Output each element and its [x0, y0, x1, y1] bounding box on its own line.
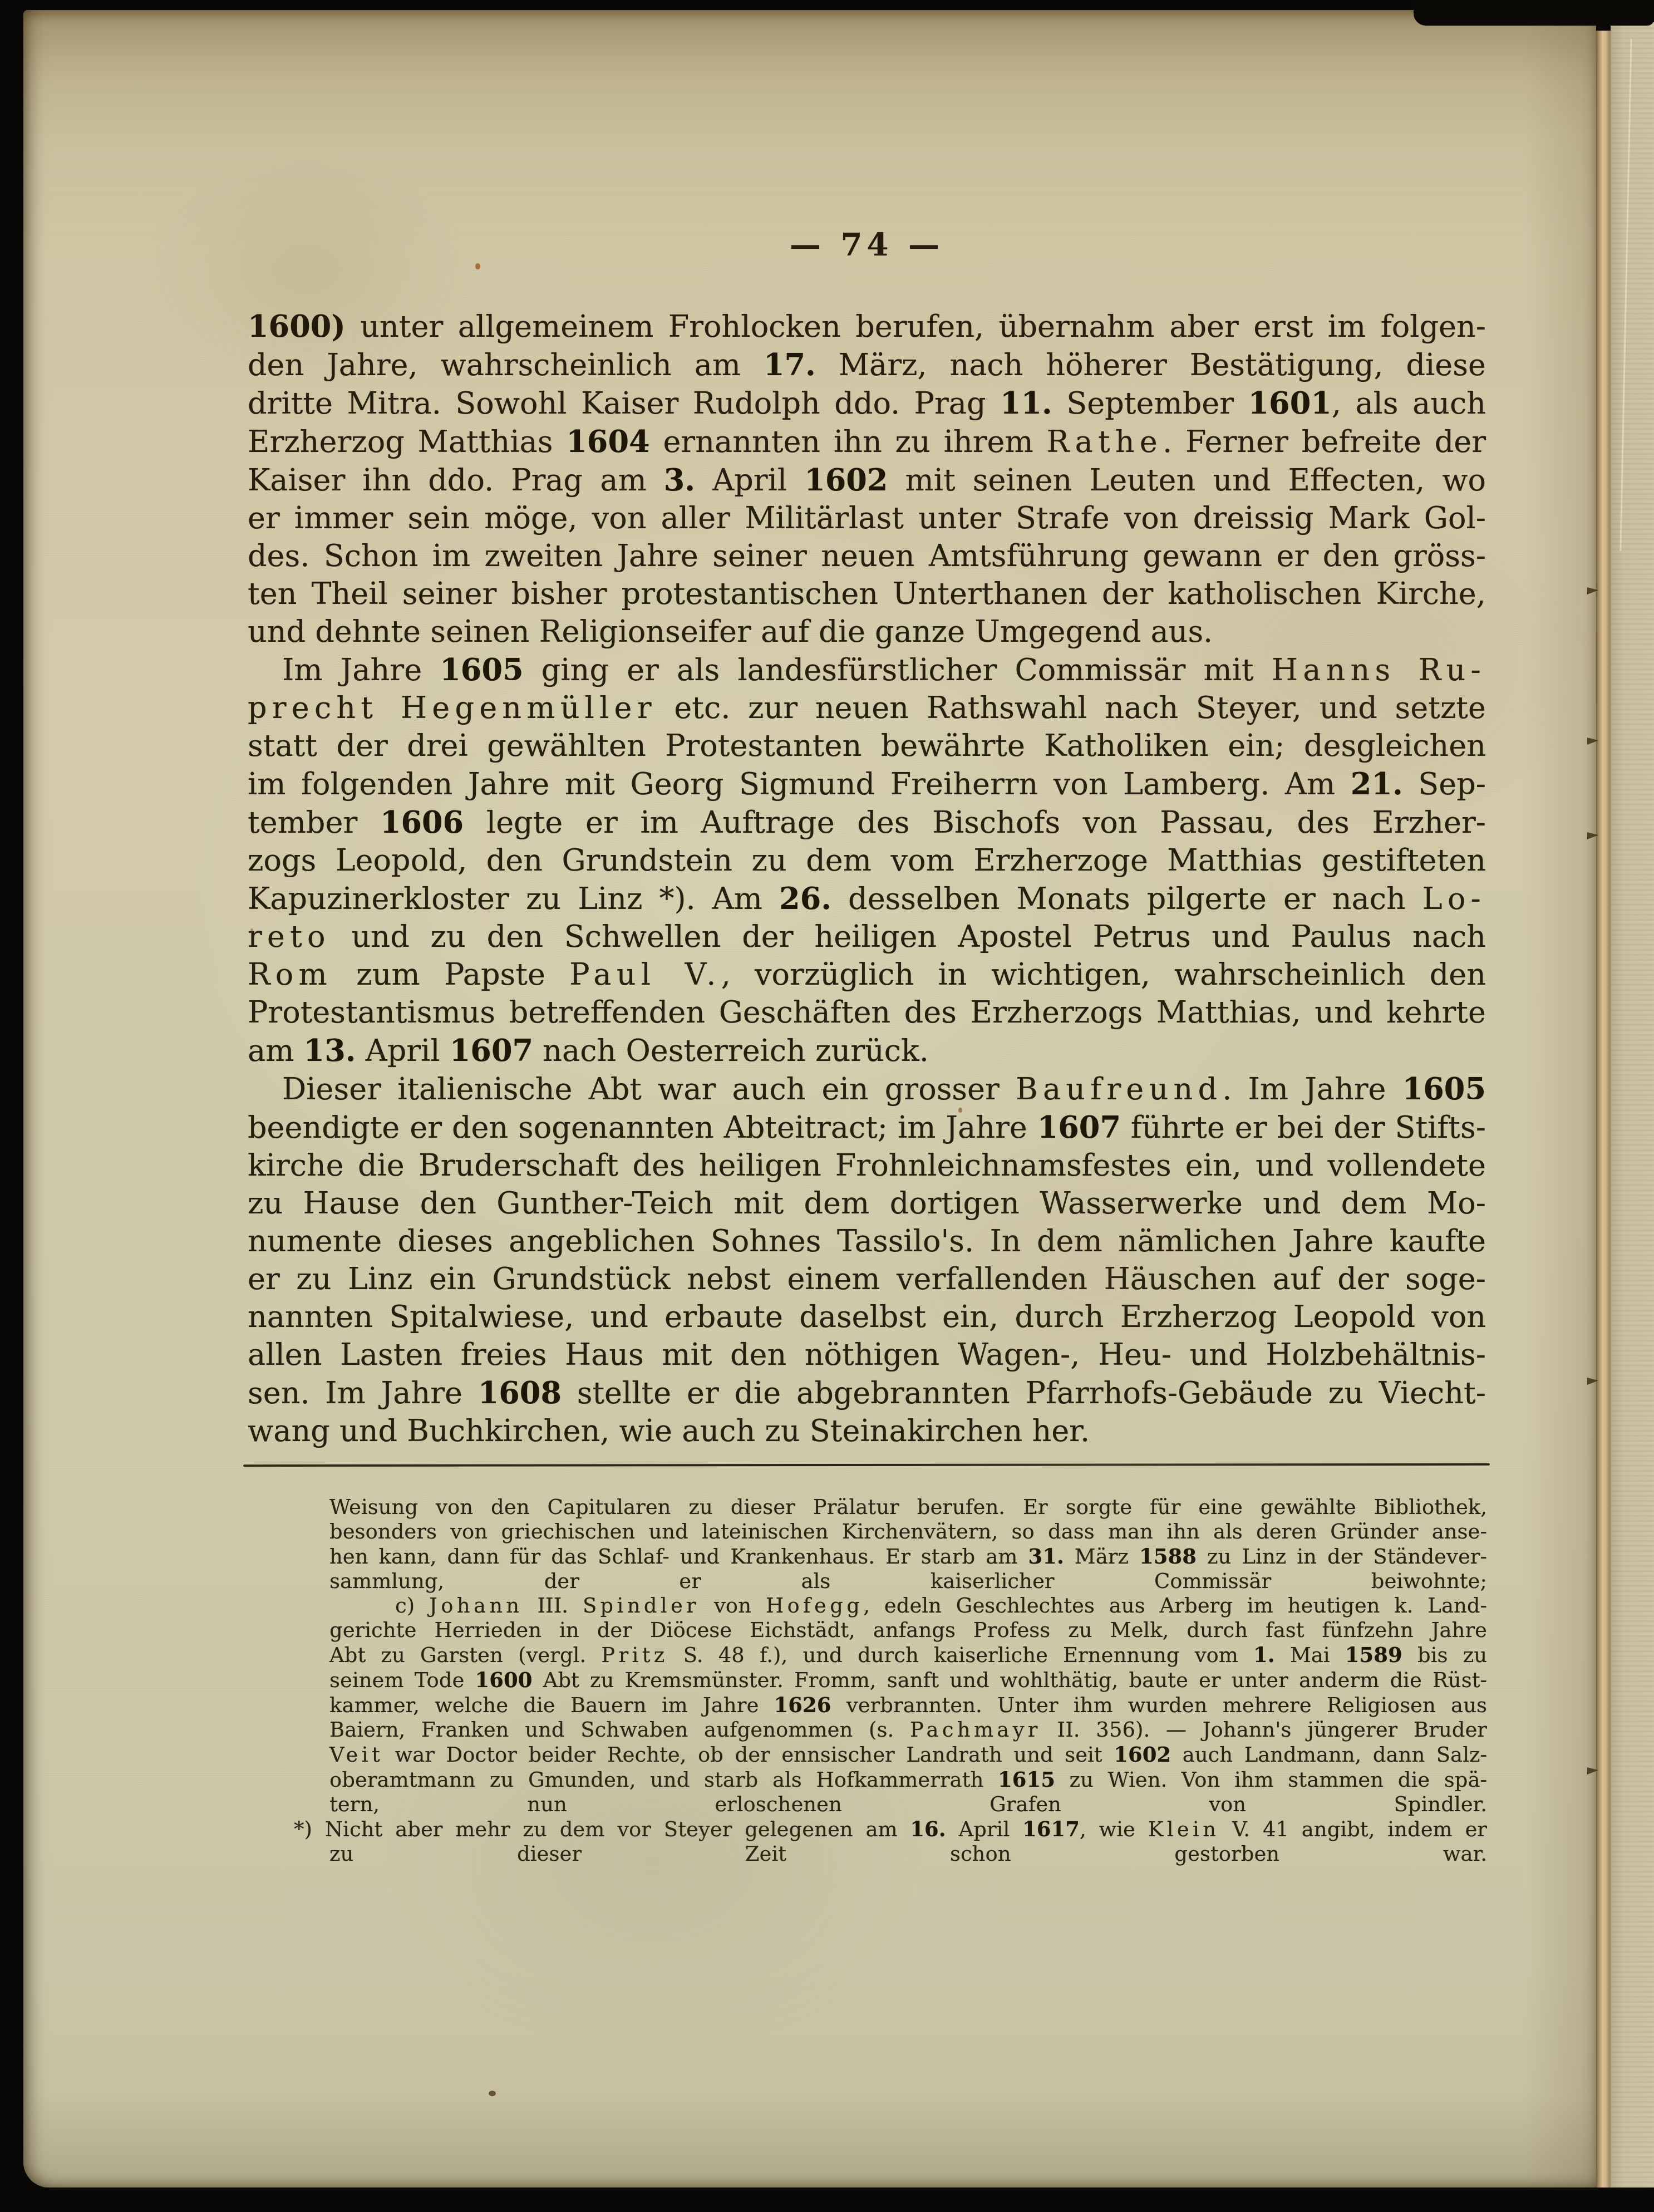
main-text-line-segment: , als auch: [1332, 386, 1486, 421]
footnote-line-segment: auch Landmann, dann Salz-: [1171, 1743, 1487, 1767]
main-text-line-segment: legte er im Auftrage des Bischofs von Pa…: [464, 805, 1486, 840]
main-text-line-segment: Hanns Ru-: [1272, 652, 1486, 687]
main-text-line-segment: September: [1052, 386, 1248, 421]
footnote-line: c) Johann III. Spindler von Hofegg, edel…: [329, 1594, 1487, 1618]
book-page: — 74 — 1600) unter allgemeinem Frohlocke…: [23, 10, 1596, 2188]
main-text-line-segment: führte er bei der Stifts-: [1121, 1110, 1486, 1145]
footnote-line: hen kann, dann für das Schlaf- und Krank…: [329, 1544, 1487, 1569]
footnote-line-segment: 16.: [910, 1817, 946, 1841]
main-text-line: am 13. April 1607 nach Oesterreich zurüc…: [248, 1031, 1486, 1070]
main-text-line-segment: ten Theil seiner bisher protestantischen…: [248, 576, 1486, 611]
paper-speck: [475, 263, 480, 269]
paper-speck: [489, 2091, 496, 2096]
main-text-line: nannten Spitalwiese, und erbaute daselbs…: [248, 1298, 1486, 1336]
main-text-line-segment: Dieser italienische Abt war auch ein gro…: [282, 1071, 1016, 1107]
main-text-line: Protestantismus betreffenden Geschäften …: [248, 994, 1486, 1031]
main-text-line: sen. Im Jahre 1608 stellte er die abgebr…: [248, 1374, 1486, 1412]
main-text-line-segment: Protestantismus betreffenden Geschäften …: [248, 995, 1486, 1030]
main-text-line-segment: 11.: [1000, 385, 1052, 421]
footnote-line: besonders von griechischen und lateinisc…: [329, 1520, 1487, 1544]
main-text-line-segment: kirche die Bruderschaft des heiligen Fro…: [248, 1148, 1486, 1183]
main-text-line-segment: mit seinen Leuten und Effecten, wo: [888, 463, 1486, 498]
footnote-line-segment: hen kann, dann für das Schlaf- und Krank…: [329, 1545, 1028, 1569]
main-text-line-segment: . Ferner befreite der: [1163, 424, 1486, 459]
main-text-line: er immer sein möge, von aller Militärlas…: [248, 499, 1486, 537]
footnote-line-segment: 1626: [774, 1693, 831, 1717]
footnote-line-segment: V. 41 angibt, indem er: [1219, 1817, 1487, 1841]
footnote-line-segment: Abt zu Kremsmünster. Fromm, sanft und wo…: [533, 1668, 1488, 1692]
main-text-line-segment: Rom: [248, 957, 332, 992]
main-text-line-segment: Baufreund: [1016, 1071, 1222, 1107]
footnote-line-segment: 1588: [1139, 1544, 1197, 1569]
footnote-line-segment: c): [395, 1594, 429, 1618]
main-text-line: statt der drei gewählten Protestanten be…: [248, 727, 1486, 765]
footnote-line-segment: Weisung von den Capitularen zu dieser Pr…: [329, 1495, 1487, 1519]
page-fold-edge: [1596, 31, 1611, 2188]
main-text-line-segment: 1604: [566, 424, 649, 459]
stack-crease-line: [1619, 39, 1632, 551]
main-text-line-segment: numente dieses angeblichen Sohnes Tassil…: [248, 1223, 1486, 1259]
main-text-line-segment: zum Papste: [332, 957, 569, 992]
footnote-line-segment: Nicht aber mehr zu dem vor Steyer gelege…: [325, 1817, 910, 1841]
footnote-line-segment: Pritz: [601, 1643, 668, 1667]
footnote-line: Baiern, Franken und Schwaben aufgenommen…: [329, 1718, 1487, 1742]
main-text-line-segment: 1602: [804, 462, 888, 498]
main-text-line-segment: Sep-: [1403, 766, 1486, 802]
footnote-line: gerichte Herrieden in der Diöcese Eichst…: [329, 1618, 1487, 1643]
main-text-line-segment: , vorzüglich in wichtigen, wahrscheinlic…: [721, 957, 1486, 992]
footnote-line-segment: Mai: [1275, 1643, 1345, 1667]
main-text-line-segment: nach Oesterreich zurück.: [533, 1033, 929, 1068]
main-text-line-segment: Paul V.: [569, 957, 721, 992]
footnote-line-segment: seinem Tode: [329, 1668, 475, 1692]
footnote-line-segment: von: [700, 1594, 766, 1618]
main-text-line-segment: statt der drei gewählten Protestanten be…: [248, 728, 1486, 763]
main-text-line-segment: unter allgemeinem Frohlocken berufen, üb…: [346, 309, 1486, 344]
main-text-line-segment: April: [695, 463, 804, 498]
footnote-line-segment: bis zu: [1402, 1643, 1487, 1667]
main-text-line: Kapuzinerkloster zu Linz *). Am 26. dess…: [248, 879, 1486, 918]
main-text-line-segment: 1608: [478, 1375, 562, 1410]
footnote-line-segment: Hofegg: [766, 1594, 863, 1618]
footnote-line: zu dieser Zeit schon gestorben war.: [329, 1842, 1487, 1866]
main-text-line: Erzherzog Matthias 1604 ernannten ihn zu…: [248, 422, 1486, 461]
main-text-line-segment: am: [248, 1033, 304, 1068]
main-text-line: und dehnte seinen Religionseifer auf die…: [248, 613, 1486, 651]
main-text-line-segment: 1607: [450, 1033, 533, 1068]
main-text-line-segment: den Jahre, wahrscheinlich am: [248, 347, 764, 382]
footnote-line: tern, nun erloschenen Grafen von Spindle…: [329, 1792, 1487, 1817]
main-text-line-segment: 3.: [664, 462, 695, 498]
main-text-line-segment: zu Hause den Gunther-Teich mit dem dorti…: [248, 1186, 1486, 1221]
footnote-line-segment: April: [946, 1817, 1022, 1841]
footnote-line-segment: 31.: [1028, 1544, 1064, 1569]
main-text-line-segment: stellte er die abgebrannten Pfarrhofs-Ge…: [562, 1375, 1486, 1410]
main-text-line-segment: sen. Im Jahre: [248, 1375, 478, 1410]
main-text-line-segment: 1607: [1037, 1109, 1121, 1145]
footnote-line-segment: S. 48 f.), und durch kaiserliche Ernennu…: [668, 1643, 1254, 1667]
footnote-line-segment: zu Linz in der Ständever-: [1197, 1545, 1487, 1569]
main-text-line-segment: Erzherzog Matthias: [248, 424, 566, 459]
main-text-line: des. Schon im zweiten Jahre seiner neuen…: [248, 537, 1486, 575]
footnote-line-segment: gerichte Herrieden in der Diöcese Eichst…: [329, 1618, 1487, 1642]
main-text-line-segment: Lo-: [1422, 881, 1486, 916]
footnote-line-segment: 1615: [998, 1767, 1055, 1792]
main-text-line-segment: und dehnte seinen Religionseifer auf die…: [248, 614, 1213, 649]
main-text-line-segment: Kapuzinerkloster zu Linz *). Am: [248, 881, 779, 916]
book-scan-background: { "page": { "number": "74", "number_disp…: [0, 0, 1654, 2212]
main-text-line: ten Theil seiner bisher protestantischen…: [248, 575, 1486, 613]
footnote-line-segment: II. 356). — Johann's jüngerer Bruder: [1041, 1718, 1487, 1742]
footnote-line-segment: Abt zu Garsten (vergl.: [329, 1643, 601, 1667]
footnote-line-segment: 1600: [475, 1668, 533, 1692]
main-text-line-segment: precht Hegenmüller: [248, 690, 657, 725]
page-number: — 74 —: [248, 227, 1486, 263]
main-text-line: numente dieses angeblichen Sohnes Tassil…: [248, 1222, 1486, 1260]
main-text-line: tember 1606 legte er im Auftrage des Bis…: [248, 803, 1486, 842]
footnote-line-segment: Baiern, Franken und Schwaben aufgenommen…: [329, 1718, 910, 1742]
main-text-line-segment: März, nach höherer Bestätigung, diese: [816, 347, 1486, 382]
main-text-line: Rom zum Papste Paul V., vorzüglich in wi…: [248, 956, 1486, 994]
main-text-line-segment: desselben Monats pilgerte er nach: [831, 881, 1422, 916]
main-text-line-segment: 1606: [380, 804, 464, 840]
footnote-line-segment: März: [1064, 1545, 1139, 1569]
main-text-line: den Jahre, wahrscheinlich am 17. März, n…: [248, 346, 1486, 384]
footnote-line-segment: war Doctor beider Rechte, ob der ennsisc…: [383, 1743, 1114, 1767]
main-text-line-segment: 1601: [1248, 385, 1332, 421]
main-text-line-segment: des. Schon im zweiten Jahre seiner neuen…: [248, 538, 1486, 573]
footnote-line: *) Nicht aber mehr zu dem vor Steyer gel…: [329, 1817, 1487, 1842]
footnote-line: Veit war Doctor beider Rechte, ob der en…: [329, 1742, 1487, 1767]
footnote-line-segment: zu dieser Zeit schon gestorben war.: [329, 1842, 1487, 1866]
main-text-block: 1600) unter allgemeinem Frohlocken beruf…: [248, 307, 1486, 1450]
main-text-line-segment: dritte Mitra. Sowohl Kaiser Rudolph ddo.…: [248, 386, 1000, 421]
main-text-line-segment: 1605: [1402, 1071, 1486, 1107]
main-text-line: Dieser italienische Abt war auch ein gro…: [248, 1070, 1486, 1108]
footnote-line: sammlung, der er als kaiserlicher Commis…: [329, 1569, 1487, 1594]
footnote-line-segment: verbrannten. Unter ihm wurden mehrere Re…: [831, 1693, 1487, 1717]
main-text-line-segment: ging er als landesfürstlicher Commissär …: [524, 652, 1272, 687]
main-text-line-segment: 13.: [304, 1033, 356, 1068]
main-text-line: kirche die Bruderschaft des heiligen Fro…: [248, 1147, 1486, 1184]
footnote-line-segment: 1.: [1253, 1643, 1275, 1667]
main-text-line-segment: Kaiser ihn ddo. Prag am: [248, 463, 664, 498]
footnote-line: kammer, welche die Bauern im Jahre 1626 …: [329, 1693, 1487, 1718]
main-text-line: dritte Mitra. Sowohl Kaiser Rudolph ddo.…: [248, 384, 1486, 422]
main-text-line-segment: allen Lasten freies Haus mit den nöthige…: [248, 1337, 1486, 1372]
page-stack-edge: [1611, 22, 1654, 2188]
main-text-line: wang und Buchkirchen, wie auch zu Steina…: [248, 1412, 1486, 1450]
main-text-line-segment: Im Jahre: [282, 652, 440, 687]
main-text-line-segment: Rathe: [1047, 424, 1163, 459]
footnote-line-segment: sammlung, der er als kaiserlicher Commis…: [329, 1569, 1487, 1593]
main-text-line-segment: 26.: [779, 881, 831, 916]
footnote-block: Weisung von den Capitularen zu dieser Pr…: [329, 1495, 1487, 1866]
footnote-line: Abt zu Garsten (vergl. Pritz S. 48 f.), …: [329, 1643, 1487, 1668]
main-text-line-segment: April: [356, 1033, 450, 1068]
footnote-line-segment: Pachmayr: [910, 1718, 1041, 1742]
main-text-line-segment: er immer sein möge, von aller Militärlas…: [248, 500, 1486, 535]
main-text-line: im folgenden Jahre mit Georg Sigmund Fre…: [248, 765, 1486, 803]
main-text-line: beendigte er den sogenannten Abteitract;…: [248, 1108, 1486, 1147]
footnote-line-segment: *): [294, 1817, 325, 1841]
footnote-line-segment: , edeln Geschlechtes aus Arberg im heuti…: [863, 1594, 1487, 1618]
main-text-line-segment: im folgenden Jahre mit Georg Sigmund Fre…: [248, 766, 1351, 802]
footnote-line-segment: Johann: [429, 1594, 523, 1618]
main-text-line: Im Jahre 1605 ging er als landesfürstlic…: [248, 651, 1486, 689]
main-text-line-segment: reto: [248, 919, 331, 954]
main-text-line-segment: zogs Leopold, den Grundstein zu dem vom …: [248, 843, 1486, 878]
main-text-line: Kaiser ihn ddo. Prag am 3. April 1602 mi…: [248, 461, 1486, 499]
footnote-line-segment: 1602: [1114, 1742, 1171, 1767]
main-text-line: allen Lasten freies Haus mit den nöthige…: [248, 1336, 1486, 1374]
main-text-line-segment: 21.: [1351, 766, 1403, 802]
footnote-line-segment: tern, nun erloschenen Grafen von Spindle…: [329, 1792, 1487, 1816]
footnote-line-segment: III.: [523, 1594, 582, 1618]
main-text-line: zu Hause den Gunther-Teich mit dem dorti…: [248, 1184, 1486, 1222]
main-text-line-segment: ernannten ihn zu ihrem: [650, 424, 1047, 459]
main-text-line-segment: 1605: [440, 652, 523, 687]
main-text-line: reto und zu den Schwellen der heiligen A…: [248, 918, 1486, 956]
footnote-line-segment: Klein: [1148, 1817, 1220, 1841]
main-text-line-segment: er zu Linz ein Grundstück nebst einem ve…: [248, 1261, 1486, 1296]
main-text-line-segment: beendigte er den sogenannten Abteitract;…: [248, 1110, 1037, 1145]
main-text-line-segment: 1600): [248, 308, 346, 344]
main-text-line: 1600) unter allgemeinem Frohlocken beruf…: [248, 307, 1486, 346]
scan-corner-shadow: [1414, 0, 1654, 26]
footnote-line-segment: , wie: [1080, 1817, 1148, 1841]
footnote-line-segment: besonders von griechischen und lateinisc…: [329, 1520, 1487, 1544]
main-text-line-segment: . Im Jahre: [1222, 1071, 1402, 1107]
footnote-line-segment: oberamtmann zu Gmunden, und starb als Ho…: [329, 1768, 998, 1792]
footnote-line-segment: Spindler: [583, 1594, 700, 1618]
main-text-line: zogs Leopold, den Grundstein zu dem vom …: [248, 842, 1486, 879]
footnote-separator-rule: [243, 1463, 1490, 1467]
footnote-line-segment: 1589: [1345, 1643, 1402, 1667]
footnote-line-segment: zu Wien. Von ihm stammen die spä-: [1055, 1768, 1487, 1792]
footnote-line: oberamtmann zu Gmunden, und starb als Ho…: [329, 1767, 1487, 1792]
main-text-line-segment: etc. zur neuen Rathswahl nach Steyer, un…: [657, 690, 1486, 725]
main-text-line-segment: und zu den Schwellen der heiligen Aposte…: [331, 919, 1486, 954]
main-text-line-segment: tember: [248, 805, 380, 840]
footnote-line: seinem Tode 1600 Abt zu Kremsmünster. Fr…: [329, 1668, 1487, 1693]
main-text-line-segment: nannten Spitalwiese, und erbaute daselbs…: [248, 1299, 1486, 1334]
footnote-line-segment: 1617: [1022, 1817, 1080, 1841]
footnote-line-segment: kammer, welche die Bauern im Jahre: [329, 1693, 774, 1717]
footnote-line-segment: Veit: [329, 1743, 383, 1767]
main-text-line-segment: 17.: [764, 347, 816, 382]
main-text-line-segment: wang und Buchkirchen, wie auch zu Steina…: [248, 1413, 1090, 1448]
main-text-line: precht Hegenmüller etc. zur neuen Rathsw…: [248, 689, 1486, 727]
main-text-line: er zu Linz ein Grundstück nebst einem ve…: [248, 1260, 1486, 1298]
footnote-line: Weisung von den Capitularen zu dieser Pr…: [329, 1495, 1487, 1520]
